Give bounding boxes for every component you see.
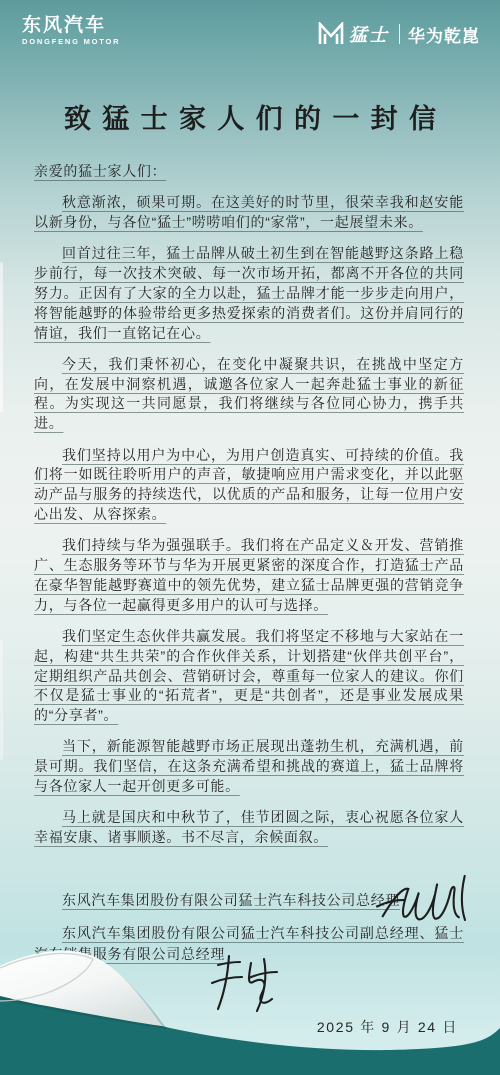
salutation: 亲爱的猛士家人们： — [34, 162, 464, 182]
paragraph-1: 秋意渐浓，硕果可期。在这美好的时节里，很荣幸我和赵安能以新身份，与各位“猛士”唠… — [34, 193, 464, 233]
dongfeng-logo: 东风汽车 DONGFENG MOTOR — [22, 16, 120, 46]
paragraph-6: 我们坚定生态伙伴共赢发展。我们将坚定不移地与大家站在一起，构建“共生共荣”的合作… — [34, 627, 464, 726]
mhero-huawei-logo: 猛士 华为乾崑 — [318, 21, 480, 47]
letter-body: 亲爱的猛士家人们： 秋意渐浓，硕果可期。在这美好的时节里，很荣幸我和赵安能以新身… — [0, 162, 500, 1037]
paragraph-3: 今天，我们秉怀初心，在变化中凝聚共识，在挑战中坚定方向，在发展中洞察机遇，诚邀各… — [34, 355, 464, 434]
signature-block-1: 东风汽车集团股份有限公司猛士汽车科技公司总经理 — [34, 890, 464, 911]
paragraph-2: 回首过往三年，猛士品牌从破土初生到在智能越野这条路上稳步前行，每一次技术突破、每… — [34, 244, 464, 343]
signer-title-1-text: 东风汽车集团股份有限公司猛士汽车科技公司总经理 — [62, 892, 400, 908]
paper-edge-highlight — [0, 262, 3, 412]
paragraph-8: 马上就是国庆和中秋节了，佳节团圆之际，衷心祝愿各位家人幸福安康、诸事顺遂。书不尽… — [34, 808, 464, 848]
dongfeng-logo-en: DONGFENG MOTOR — [22, 38, 120, 46]
paragraph-5: 我们持续与华为强强联手。我们将在产品定义＆开发、营销推广、生态服务等环节与华为开… — [34, 536, 464, 615]
mhero-wordmark: 猛士 — [349, 21, 389, 47]
paragraph-4: 我们坚持以用户为中心，为用户创造真实、可持续的价值。我们将一如既往聆听用户的声音… — [34, 446, 464, 525]
logo-divider — [399, 24, 400, 44]
page-curl-graphic — [0, 910, 500, 1075]
paragraph-7: 当下，新能源智能越野市场正展现出蓬勃生机，充满机遇，前景可期。我们坚信，在这条充… — [34, 737, 464, 796]
paper-edge-highlight — [0, 640, 3, 760]
dongfeng-logo-cn: 东风汽车 — [22, 16, 120, 35]
header: 东风汽车 DONGFENG MOTOR 猛士 华为乾崑 — [0, 0, 500, 47]
letter-title: 致猛士家人们的一封信 — [0, 97, 500, 136]
mhero-m-icon — [318, 22, 344, 46]
huawei-qiankun-wordmark: 华为乾崑 — [408, 22, 480, 47]
letter-page: 东风汽车 DONGFENG MOTOR 猛士 华为乾崑 致猛士家人们的一封信 亲… — [0, 0, 500, 1075]
